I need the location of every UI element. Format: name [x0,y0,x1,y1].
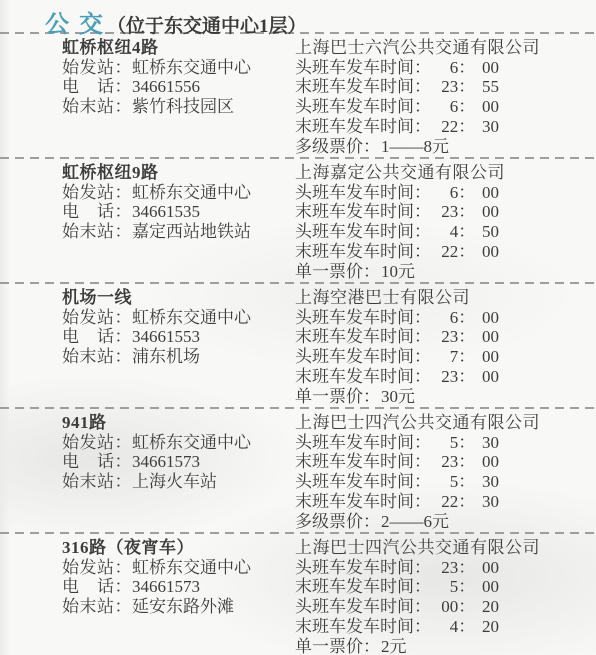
phone-label: 电 话： [62,327,132,346]
origin-station-value: 虹桥东交通中心 [132,58,251,77]
route-left-column: 316路（夜宵车） 始发站：虹桥东交通中心 电 话：34661573 始末站：延… [62,538,295,655]
time-label: 末班车发车时间： [295,492,431,511]
phone-value: 34661573 [132,452,200,471]
terminus-line: 始末站：上海火车站 [62,472,295,492]
route-right-column: 上海巴士四汽公共交通有限公司 头班车发车时间：23：00 末班车发车时间：5：0… [295,538,590,655]
fare-label: 多级票价： [295,137,380,156]
time-colon: ： [458,367,475,386]
phone-line: 电 话：34661535 [62,202,295,222]
origin-station-value: 虹桥东交通中心 [132,183,251,202]
time-label: 末班车发车时间： [295,77,431,96]
time-hour: 4 [431,222,458,242]
time-label: 头班车发车时间： [295,308,431,327]
time-colon: ： [458,492,475,511]
terminus-line: 始末站：紫竹科技园区 [62,97,295,117]
fare-value: 2元 [381,637,407,655]
fare-line: 多级票价：1——8元 [295,137,590,157]
time-hour: 7 [431,347,458,367]
last-bus-time-line: 末班车发车时间：22：00 [295,242,590,262]
time-colon: ： [458,222,475,241]
fare-value: 10元 [381,262,415,281]
route-name: 虹桥枢纽4路 [62,38,295,58]
route-list: 虹桥枢纽4路 始发站：虹桥东交通中心 电 话：34661556 始末站：紫竹科技… [0,34,596,655]
phone-value: 34661573 [132,577,200,596]
time-minute: 00 [482,347,499,367]
time-hour: 22 [431,117,458,137]
time-hour: 5 [431,577,458,597]
last-bus-time-line: 末班车发车时间：4：20 [295,617,590,637]
page-subtitle: （位于东交通中心1层） [107,16,307,37]
time-label: 头班车发车时间： [295,183,431,202]
last-bus-time-line: 末班车发车时间：23：00 [295,367,590,387]
route-name: 941路 [62,413,295,433]
time-colon: ： [458,617,475,636]
terminus-value: 嘉定西站地铁站 [132,222,251,241]
time-hour: 22 [431,492,458,512]
first-bus-time-line: 头班车发车时间：4：50 [295,222,590,242]
last-bus-time-line: 末班车发车时间：23：55 [295,77,590,97]
phone-line: 电 话：34661553 [62,327,295,347]
phone-value: 34661535 [132,202,200,221]
last-bus-time-line: 末班车发车时间：5：00 [295,577,590,597]
time-colon: ： [458,308,475,327]
time-hour: 22 [431,242,458,262]
time-label: 头班车发车时间： [295,433,431,452]
terminus-line: 始末站：延安东路外滩 [62,597,295,617]
phone-value: 34661553 [132,327,200,346]
origin-station-value: 虹桥东交通中心 [132,558,251,577]
route-name: 虹桥枢纽9路 [62,163,295,183]
time-label: 末班车发车时间： [295,327,431,346]
terminus-label: 始末站： [62,97,132,116]
first-bus-time-line: 头班车发车时间：6：00 [295,183,590,203]
time-minute: 00 [482,367,499,387]
terminus-value: 浦东机场 [132,347,200,366]
time-minute: 00 [482,308,499,328]
phone-label: 电 话： [62,202,132,221]
time-hour: 6 [431,183,458,203]
time-hour: 00 [431,597,458,617]
time-hour: 23 [431,452,458,472]
origin-station-value: 虹桥东交通中心 [132,308,251,327]
phone-line: 电 话：34661556 [62,77,295,97]
phone-line: 电 话：34661573 [62,452,295,472]
time-minute: 20 [482,597,499,617]
time-colon: ： [458,597,475,616]
route-right-column: 上海巴士六汽公共交通有限公司 头班车发车时间：6：00 末班车发车时间：23：5… [295,38,590,156]
fare-line: 单一票价：2元 [295,637,590,655]
time-minute: 50 [482,222,499,242]
terminus-line: 始末站：浦东机场 [62,347,295,367]
time-label: 头班车发车时间： [295,97,431,116]
time-colon: ： [458,242,475,261]
company-name: 上海巴士四汽公共交通有限公司 [295,413,590,433]
last-bus-time-line: 末班车发车时间：23：00 [295,202,590,222]
time-colon: ： [458,77,475,96]
origin-station-value: 虹桥东交通中心 [132,433,251,452]
time-hour: 6 [431,58,458,78]
phone-label: 电 话： [62,577,132,596]
time-minute: 00 [482,327,499,347]
terminus-line: 始末站：嘉定西站地铁站 [62,222,295,242]
time-hour: 23 [431,367,458,387]
fare-label: 单一票价： [295,262,380,281]
time-minute: 00 [482,558,499,578]
time-minute: 30 [482,433,499,453]
time-label: 头班车发车时间： [295,472,431,491]
route-name: 机场一线 [62,288,295,308]
route-right-column: 上海空港巴士有限公司 头班车发车时间：6：00 末班车发车时间：23：00 头班… [295,288,590,406]
time-label: 末班车发车时间： [295,452,431,471]
bus-info-sheet: 公 交（位于东交通中心1层） 虹桥枢纽4路 始发站：虹桥东交通中心 电 话：34… [0,0,596,655]
fare-value: 1——8元 [381,137,449,156]
company-name: 上海巴士四汽公共交通有限公司 [295,538,590,558]
origin-station-line: 始发站：虹桥东交通中心 [62,58,295,78]
time-label: 末班车发车时间： [295,617,431,636]
origin-station-line: 始发站：虹桥东交通中心 [62,558,295,578]
first-bus-time-line: 头班车发车时间：6：00 [295,308,590,328]
time-label: 末班车发车时间： [295,367,431,386]
time-label: 头班车发车时间： [295,558,431,577]
time-hour: 6 [431,308,458,328]
time-colon: ： [458,558,475,577]
time-colon: ： [458,433,475,452]
phone-label: 电 话： [62,452,132,471]
time-label: 头班车发车时间： [295,222,431,241]
terminus-label: 始末站： [62,597,132,616]
time-hour: 23 [431,327,458,347]
company-name: 上海嘉定公共交通有限公司 [295,163,590,183]
terminus-value: 紫竹科技园区 [132,97,234,116]
route-left-column: 虹桥枢纽4路 始发站：虹桥东交通中心 电 话：34661556 始末站：紫竹科技… [62,38,295,156]
origin-station-label: 始发站： [62,308,132,327]
last-bus-time-line: 末班车发车时间：22：30 [295,117,590,137]
terminus-value: 上海火车站 [132,472,217,491]
time-colon: ： [458,58,475,77]
time-minute: 00 [482,242,499,262]
time-minute: 00 [482,452,499,472]
origin-station-line: 始发站：虹桥东交通中心 [62,433,295,453]
route-section: 虹桥枢纽9路 始发站：虹桥东交通中心 电 话：34661535 始末站：嘉定西站… [0,159,596,281]
time-label: 头班车发车时间： [295,347,431,366]
route-section: 941路 始发站：虹桥东交通中心 电 话：34661573 始末站：上海火车站 … [0,409,596,531]
time-colon: ： [458,117,475,136]
route-left-column: 941路 始发站：虹桥东交通中心 电 话：34661573 始末站：上海火车站 [62,413,295,531]
origin-station-label: 始发站： [62,433,132,452]
time-colon: ： [458,452,475,471]
time-colon: ： [458,347,475,366]
time-hour: 5 [431,433,458,453]
time-hour: 6 [431,97,458,117]
first-bus-time-line: 头班车发车时间：6：00 [295,58,590,78]
fare-label: 多级票价： [295,512,380,531]
time-hour: 23 [431,558,458,578]
time-colon: ： [458,97,475,116]
time-label: 头班车发车时间： [295,58,431,77]
time-label: 末班车发车时间： [295,577,431,596]
route-left-column: 虹桥枢纽9路 始发站：虹桥东交通中心 电 话：34661535 始末站：嘉定西站… [62,163,295,281]
first-bus-time-line: 头班车发车时间：7：00 [295,347,590,367]
fare-line: 多级票价：2——6元 [295,512,590,532]
time-hour: 4 [431,617,458,637]
fare-value: 2——6元 [381,512,449,531]
time-colon: ： [458,472,475,491]
phone-line: 电 话：34661573 [62,577,295,597]
fare-line: 单一票价：10元 [295,262,590,282]
time-label: 末班车发车时间： [295,117,431,136]
time-label: 末班车发车时间： [295,242,431,261]
terminus-label: 始末站： [62,472,132,491]
time-hour: 5 [431,472,458,492]
route-section: 机场一线 始发站：虹桥东交通中心 电 话：34661553 始末站：浦东机场 上… [0,284,596,406]
company-name: 上海巴士六汽公共交通有限公司 [295,38,590,58]
fare-line: 单一票价：30元 [295,387,590,407]
terminus-label: 始末站： [62,347,132,366]
route-left-column: 机场一线 始发站：虹桥东交通中心 电 话：34661553 始末站：浦东机场 [62,288,295,406]
last-bus-time-line: 末班车发车时间：23：00 [295,327,590,347]
fare-label: 单一票价： [295,387,380,406]
time-colon: ： [458,577,475,596]
time-minute: 00 [482,58,499,78]
route-right-column: 上海巴士四汽公共交通有限公司 头班车发车时间：5：30 末班车发车时间：23：0… [295,413,590,531]
origin-station-line: 始发站：虹桥东交通中心 [62,183,295,203]
route-section: 316路（夜宵车） 始发站：虹桥东交通中心 电 话：34661573 始末站：延… [0,534,596,655]
time-minute: 30 [482,472,499,492]
first-bus-time-line: 头班车发车时间：5：30 [295,433,590,453]
time-label: 头班车发车时间： [295,597,431,616]
origin-station-line: 始发站：虹桥东交通中心 [62,308,295,328]
time-minute: 00 [482,577,499,597]
route-name: 316路（夜宵车） [62,538,295,558]
page-title: 公 交 [45,12,105,38]
phone-label: 电 话： [62,77,132,96]
first-bus-time-line: 头班车发车时间：5：30 [295,472,590,492]
first-bus-time-line: 头班车发车时间：6：00 [295,97,590,117]
time-minute: 00 [482,97,499,117]
time-label: 末班车发车时间： [295,202,431,221]
terminus-label: 始末站： [62,222,132,241]
time-hour: 23 [431,77,458,97]
time-minute: 30 [482,492,499,512]
time-hour: 23 [431,202,458,222]
fare-value: 30元 [381,387,415,406]
time-minute: 55 [482,77,499,97]
phone-value: 34661556 [132,77,200,96]
origin-station-label: 始发站： [62,183,132,202]
route-right-column: 上海嘉定公共交通有限公司 头班车发车时间：6：00 末班车发车时间：23：00 … [295,163,590,281]
time-colon: ： [458,327,475,346]
route-section: 虹桥枢纽4路 始发站：虹桥东交通中心 电 话：34661556 始末站：紫竹科技… [0,34,596,156]
time-minute: 00 [482,202,499,222]
company-name: 上海空港巴士有限公司 [295,288,590,308]
origin-station-label: 始发站： [62,558,132,577]
first-bus-time-line: 头班车发车时间：23：00 [295,558,590,578]
time-minute: 00 [482,183,499,203]
time-colon: ： [458,183,475,202]
terminus-value: 延安东路外滩 [132,597,234,616]
origin-station-label: 始发站： [62,58,132,77]
first-bus-time-line: 头班车发车时间：00：20 [295,597,590,617]
time-minute: 30 [482,117,499,137]
page-header: 公 交（位于东交通中心1层） [0,0,596,31]
last-bus-time-line: 末班车发车时间：22：30 [295,492,590,512]
time-colon: ： [458,202,475,221]
fare-label: 单一票价： [295,637,380,655]
last-bus-time-line: 末班车发车时间：23：00 [295,452,590,472]
time-minute: 20 [482,617,499,637]
